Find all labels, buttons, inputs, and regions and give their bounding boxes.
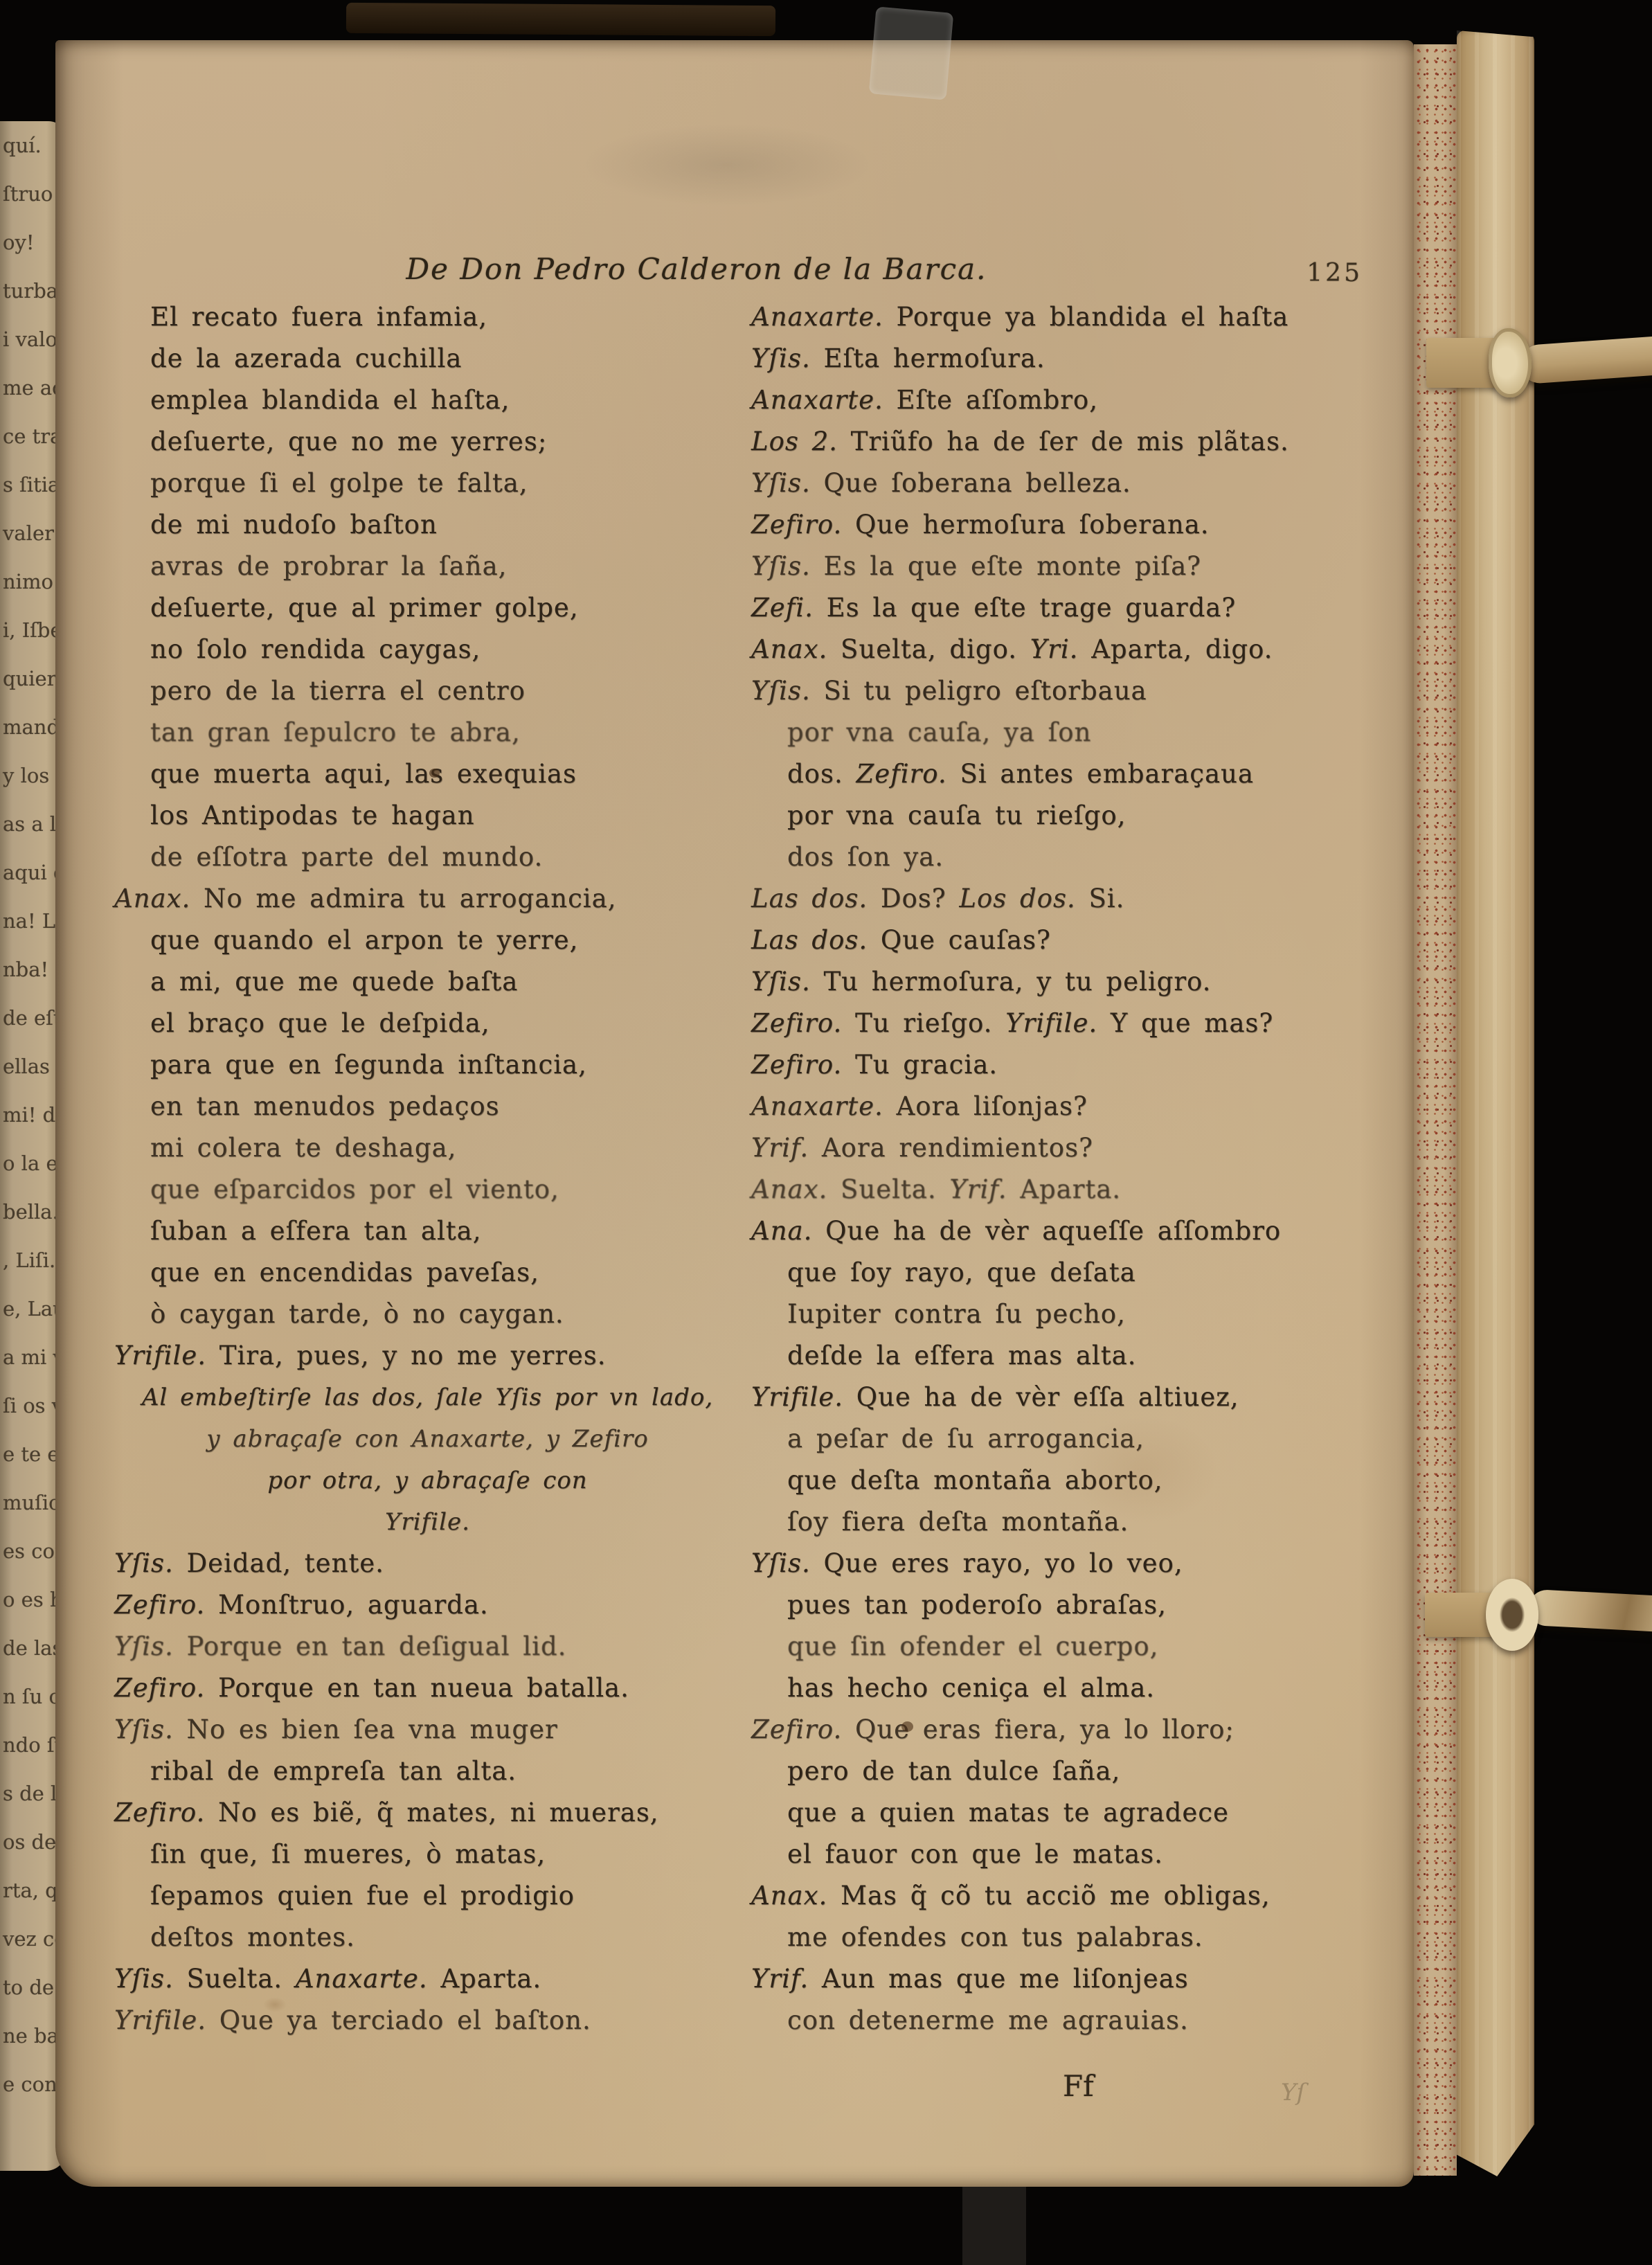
speaker-name: Yrif. <box>751 1133 809 1163</box>
verse-text: pues tan poderoſo abraſas, <box>787 1590 1167 1620</box>
verse-text: Suelta, digo. <box>827 634 1030 664</box>
verse-text: Si antes embaraçaua <box>947 759 1254 789</box>
verse-text: has hecho ceniça el alma. <box>787 1673 1155 1703</box>
leather-tie-top-strap <box>1519 336 1652 385</box>
speaker-name: Zefiro. <box>751 1008 842 1038</box>
verse-text: en tan menudos pedaços <box>150 1091 500 1121</box>
verse-line: por vna cauſa, ya ſon <box>751 712 1409 753</box>
verse-text: Si tu peligro eſtorbaua <box>811 676 1147 706</box>
verse-line: emplea blandida el haſta, <box>114 379 741 421</box>
verse-line: no ſolo rendida caygas, <box>114 629 741 670</box>
verse-text: Que cauſas? <box>868 925 1051 955</box>
speaker-name: Yrifile. <box>751 1382 843 1412</box>
verse-line: pero de tan dulce ſaña, <box>751 1751 1409 1792</box>
verse-line: Ana. Que ha de vèr aqueſſe aſſombro <box>751 1210 1409 1252</box>
verse-text: de eſſotra parte del mundo. <box>150 842 543 872</box>
speaker-name: Yſis. <box>751 676 811 706</box>
verse-line: Anax. No me admira tu arrogancia, <box>114 878 741 920</box>
verse-text: pero de la tierra el centro <box>150 676 526 706</box>
speaker-name: Anaxarte. <box>296 1964 428 1994</box>
verse-line: Yſis. Eſta hermoſura. <box>751 338 1409 379</box>
leather-tie-bottom-knot <box>1486 1579 1538 1651</box>
verse-text: Si. <box>1076 884 1125 913</box>
verse-text: ſoy fiera deſta montaña. <box>787 1507 1129 1537</box>
speaker-name: Zefiro. <box>751 1050 842 1080</box>
verse-text: Deidad, tente. <box>174 1548 384 1578</box>
speaker-name: Yſis. <box>114 1715 174 1744</box>
verse-text: para que en ſegunda inſtancia, <box>150 1050 587 1080</box>
verse-line: deſuerte, que no me yerres; <box>114 421 741 463</box>
verse-text: Eſte aſſombro, <box>883 385 1098 415</box>
verse-line: por vna cauſa tu rieſgo, <box>751 795 1409 836</box>
verse-line: pero de la tierra el centro <box>114 670 741 712</box>
verse-text: Triũfo ha de ſer de mis plãtas. <box>838 427 1289 456</box>
verse-text: no ſolo rendida caygas, <box>150 634 481 664</box>
verse-line: ribal de empreſa tan alta. <box>114 1751 741 1792</box>
speaker-name: Las dos. <box>751 884 868 913</box>
verse-line: a mi, que me quede baſta <box>114 961 741 1003</box>
verse-line: que muerta aqui, las exequias <box>114 753 741 795</box>
verse-text: pero de tan dulce ſaña, <box>787 1756 1120 1786</box>
verse-line: deſde la eſfera mas alta. <box>751 1335 1409 1377</box>
verse-text: No es biẽ, q̃ mates, ni mueras, <box>205 1798 658 1827</box>
speaker-name: Yrifile. <box>114 2005 206 2035</box>
speaker-name: Zefiro. <box>114 1673 205 1703</box>
speaker-name: Zefi. <box>751 593 814 623</box>
verse-text: No me admira tu arrogancia, <box>190 884 616 913</box>
verse-line: Anax. Suelta, digo. Yri. Aparta, digo. <box>751 629 1409 670</box>
speaker-name: Zefiro. <box>751 1715 842 1744</box>
verse-line: Zefiro. Que hermoſura ſoberana. <box>751 504 1409 546</box>
leather-tie-top-knot <box>1489 328 1532 397</box>
verse-text: Dos? <box>868 884 959 913</box>
verse-text: Aora liſonjas? <box>883 1091 1088 1121</box>
speaker-name: Zefiro. <box>856 759 946 789</box>
verse-text: mi colera te deshaga, <box>150 1133 456 1163</box>
ink-stain <box>429 769 440 778</box>
verse-text: Que eres rayo, yo lo veo, <box>811 1548 1183 1578</box>
speaker-name: Yſis. <box>751 343 811 373</box>
speaker-name: Los dos. <box>959 884 1075 913</box>
speaker-name: Anaxarte. <box>751 1091 883 1121</box>
verse-text: Aparta. <box>1007 1174 1121 1204</box>
verse-text: Que ſoberana belleza. <box>811 468 1131 498</box>
verse-text: Tira, pues, y no me yerres. <box>206 1341 607 1370</box>
verse-text: que muerta aqui, las exequias <box>150 759 577 789</box>
verse-text: Porque en tan deſigual lid. <box>174 1631 567 1661</box>
speaker-name: Yri. <box>1030 634 1079 664</box>
verse-line: Yſis. No es bien ſea vna muger <box>114 1709 741 1751</box>
speaker-name: Al embeſtirſe las dos, ſale Yſis por vn … <box>142 1384 713 1411</box>
verse-text: el fauor con que le matas. <box>787 1839 1163 1869</box>
verse-line: Yrifile. Que ya terciado el baſton. <box>114 2000 741 2041</box>
speaker-name: Ana. <box>751 1216 812 1246</box>
verse-text: tan gran ſepulcro te abra, <box>150 717 521 747</box>
speaker-name: Los 2. <box>751 427 838 456</box>
verse-text: que a quien matas te agradece <box>787 1798 1229 1827</box>
speaker-name: Yrifile. <box>114 1341 206 1370</box>
speaker-name: Yſis. <box>751 967 811 996</box>
speaker-name: Yſis. <box>751 551 811 581</box>
speaker-name: Zefiro. <box>114 1798 205 1827</box>
verse-text: que ſin ofender el cuerpo, <box>787 1631 1158 1661</box>
verse-line: Yſis. Tu hermoſura, y tu peligro. <box>751 961 1409 1003</box>
verse-text: dos ſon ya. <box>787 842 944 872</box>
speaker-name: Anax. <box>751 1881 827 1910</box>
stage-direction-line: por otra, y abraçaſe con <box>114 1460 741 1501</box>
speaker-name: Yſis. <box>114 1631 174 1661</box>
verse-text: Suelta. <box>827 1174 949 1204</box>
verse-text: Que eras fiera, ya lo lloro; <box>842 1715 1234 1744</box>
verse-line: ſin que, ſi mueres, ò matas, <box>114 1834 741 1875</box>
verse-text: por vna cauſa tu rieſgo, <box>787 800 1126 830</box>
speaker-name: Yſis. <box>751 468 811 498</box>
verse-text: El recato fuera infamia, <box>150 302 487 332</box>
verse-line: Yſis. Es la que eſte monte piſa? <box>751 546 1409 587</box>
verse-line: Yſis. Suelta. Anaxarte. Aparta. <box>114 1958 741 2000</box>
verse-line: Yrif. Aora rendimientos? <box>751 1127 1409 1169</box>
verse-line: con detenerme me agrauias. <box>751 2000 1409 2041</box>
verse-line: que ſoy rayo, que deſata <box>751 1252 1409 1293</box>
verse-text: deſuerte, que al primer golpe, <box>150 593 579 623</box>
verse-line: deſuerte, que al primer golpe, <box>114 587 741 629</box>
verse-line: el fauor con que le matas. <box>751 1834 1409 1875</box>
verse-text: ò caygan tarde, ò no caygan. <box>150 1299 564 1329</box>
left-text-column: El recato fuera infamia,de la azerada cu… <box>114 296 741 2041</box>
leather-tie-bottom-strap <box>1528 1589 1652 1632</box>
verse-line: Yſis. Si tu peligro eſtorbaua <box>751 670 1409 712</box>
verse-line: me ofendes con tus palabras. <box>751 1917 1409 1958</box>
verse-line: tan gran ſepulcro te abra, <box>114 712 741 753</box>
verse-line: Yſis. Que eres rayo, yo lo veo, <box>751 1543 1409 1584</box>
verse-line: mi colera te deshaga, <box>114 1127 741 1169</box>
stage-direction-line: Al embeſtirſe las dos, ſale Yſis por vn … <box>114 1377 741 1418</box>
verse-text: avras de probrar la ſaña, <box>150 551 507 581</box>
verse-line: Zefiro. Tu rieſgo. Yrifile. Y que mas? <box>751 1003 1409 1044</box>
paper-stain <box>263 1997 287 2012</box>
table-edge-sliver <box>346 3 775 36</box>
verse-line: dos. Zefiro. Si antes embaraçaua <box>751 753 1409 795</box>
verse-line: Las dos. Que cauſas? <box>751 920 1409 961</box>
verse-line: porque ſi el golpe te falta, <box>114 463 741 504</box>
verse-line: dos ſon ya. <box>751 836 1409 878</box>
speaker-name: Anax. <box>114 884 190 913</box>
verse-line: has hecho ceniça el alma. <box>751 1667 1409 1709</box>
speaker-name: Yſis. <box>114 1548 174 1578</box>
right-text-column: Anaxarte. Porque ya blandida el haſtaYſi… <box>751 296 1409 2041</box>
speaker-name: Yrifile. <box>1005 1008 1097 1038</box>
speaker-name: Yrifile. <box>385 1508 470 1536</box>
verse-line: ſepamos quien fue el prodigio <box>114 1875 741 1917</box>
verse-line: Zefiro. Que eras fiera, ya lo lloro; <box>751 1709 1409 1751</box>
verse-line: ſuban a eſfera tan alta, <box>114 1210 741 1252</box>
page-number: 125 <box>1307 259 1363 287</box>
catchword-faint: Yſ <box>1281 2079 1305 2106</box>
speaker-name: Las dos. <box>751 925 868 955</box>
verse-line: Zefiro. Porque en tan nueua batalla. <box>114 1667 741 1709</box>
verse-line: Anaxarte. Eſte aſſombro, <box>751 379 1409 421</box>
verse-text: Eſta hermoſura. <box>811 343 1045 373</box>
verse-line: Los 2. Triũfo ha de ſer de mis plãtas. <box>751 421 1409 463</box>
verse-text: deſde la eſfera mas alta. <box>787 1341 1136 1370</box>
bottom-support-strap <box>962 2176 1026 2265</box>
verse-line: los Antipodas te hagan <box>114 795 741 836</box>
verse-text: Aparta, digo. <box>1078 634 1273 664</box>
verse-line: de eſſotra parte del mundo. <box>114 836 741 878</box>
verse-text: que quando el arpon te yerre, <box>150 925 578 955</box>
verse-text: Monſtruo, aguarda. <box>205 1590 488 1620</box>
verse-text: de mi nudoſo baſton <box>150 510 438 539</box>
verse-text: Que ya terciado el baſton. <box>206 2005 591 2035</box>
verse-text: por vna cauſa, ya ſon <box>787 717 1091 747</box>
transparent-holder-tab <box>869 6 954 100</box>
verse-text: Aparta. <box>428 1964 542 1994</box>
speaker-name: Anaxarte. <box>751 302 883 332</box>
signature-mark: Ff <box>1063 2069 1094 2103</box>
verse-line: Anax. Mas q̃ cõ tu acciõ me obligas, <box>751 1875 1409 1917</box>
verse-text: me ofendes con tus palabras. <box>787 1922 1203 1952</box>
stage-direction-line: Yrifile. <box>114 1501 741 1543</box>
verse-line: Zefiro. Monſtruo, aguarda. <box>114 1584 741 1626</box>
speaker-name: Zefiro. <box>751 510 842 539</box>
verse-text: de la azerada cuchilla <box>150 343 462 373</box>
paper-stain <box>1059 1411 1225 1529</box>
verse-line: que quando el arpon te yerre, <box>114 920 741 961</box>
verse-text: Porque en tan nueua batalla. <box>205 1673 629 1703</box>
verse-line: Anax. Suelta. Yrif. Aparta. <box>751 1169 1409 1210</box>
verse-text: Es la que eſte monte piſa? <box>811 551 1201 581</box>
speaker-name: por otra, y abraçaſe con <box>267 1467 587 1494</box>
verse-text: Que ha de vèr eſſa altiuez, <box>843 1382 1239 1412</box>
verse-text: los Antipodas te hagan <box>150 800 475 830</box>
verse-text: porque ſi el golpe te falta, <box>150 468 528 498</box>
verse-line: Yſis. Porque en tan deſigual lid. <box>114 1626 741 1667</box>
verse-line: Zefiro. Tu gracia. <box>751 1044 1409 1086</box>
verse-text: Suelta. <box>174 1964 296 1994</box>
verse-text: deſtos montes. <box>150 1922 355 1952</box>
verse-text: dos. <box>787 759 856 789</box>
speaker-name: Anax. <box>751 1174 827 1204</box>
verse-text: que ſoy rayo, que deſata <box>787 1257 1136 1287</box>
verse-text: ſuban a eſfera tan alta, <box>150 1216 481 1246</box>
verse-text: Tu gracia. <box>842 1050 998 1080</box>
verse-line: en tan menudos pedaços <box>114 1086 741 1127</box>
verse-text: Que hermoſura ſoberana. <box>842 510 1209 539</box>
running-title: De Don Pedro Calderon de la Barca. <box>17 252 1376 286</box>
verse-line: que ſin ofender el cuerpo, <box>751 1626 1409 1667</box>
verse-line: El recato fuera infamia, <box>114 296 741 338</box>
photo-background: quí.ſtruo veoy!turbada!i valorme acoce t… <box>0 0 1652 2265</box>
verse-line: Zefi. Es la que eſte trage guarda? <box>751 587 1409 629</box>
book-page: De Don Pedro Calderon de la Barca. 125 E… <box>55 40 1414 2187</box>
verse-line: que eſparcidos por el viento, <box>114 1169 741 1210</box>
verse-text: que en encendidas paveſas, <box>150 1257 539 1287</box>
verse-text: Porque ya blandida el haſta <box>883 302 1289 332</box>
verse-line: Anaxarte. Aora liſonjas? <box>751 1086 1409 1127</box>
verse-line: pues tan poderoſo abraſas, <box>751 1584 1409 1626</box>
verse-line: deſtos montes. <box>114 1917 741 1958</box>
verse-line: Yſis. Deidad, tente. <box>114 1543 741 1584</box>
verse-text: el braço que le deſpida, <box>150 1008 490 1038</box>
verse-line: el braço que le deſpida, <box>114 1003 741 1044</box>
verse-text: ribal de empreſa tan alta. <box>150 1756 517 1786</box>
verse-line: para que en ſegunda inſtancia, <box>114 1044 741 1086</box>
verse-text: ſin que, ſi mueres, ò matas, <box>150 1839 546 1869</box>
verse-line: de mi nudoſo baſton <box>114 504 741 546</box>
verse-text: Tu rieſgo. <box>842 1008 1005 1038</box>
verse-text: Mas q̃ cõ tu acciõ me obligas, <box>827 1881 1270 1910</box>
speaker-name: Yſis. <box>114 1964 174 1994</box>
verse-line: de la azerada cuchilla <box>114 338 741 379</box>
verse-line: Yſis. Que ſoberana belleza. <box>751 463 1409 504</box>
verse-text: deſuerte, que no me yerres; <box>150 427 547 456</box>
leather-tie-top-slot <box>1426 338 1498 388</box>
verse-text: Que ha de vèr aqueſſe aſſombro <box>812 1216 1281 1246</box>
speaker-name: Anaxarte. <box>751 385 883 415</box>
verse-line: que en encendidas paveſas, <box>114 1252 741 1293</box>
speaker-name: Anax. <box>751 634 827 664</box>
verse-text: que eſparcidos por el viento, <box>150 1174 559 1204</box>
verse-line: Yrifile. Que ha de vèr eſſa altiuez, <box>751 1377 1409 1418</box>
speaker-name: Yſis. <box>751 1548 811 1578</box>
verse-text: Y que mas? <box>1097 1008 1273 1038</box>
verse-text: Es la que eſte trage guarda? <box>814 593 1236 623</box>
verse-text: emplea blandida el haſta, <box>150 385 510 415</box>
ink-stain <box>901 1721 913 1732</box>
verse-text: No es bien ſea vna muger <box>174 1715 558 1744</box>
verse-line: Yrifile. Tira, pues, y no me yerres. <box>114 1335 741 1377</box>
verse-line: Iupiter contra ſu pecho, <box>751 1293 1409 1335</box>
verse-text: con detenerme me agrauias. <box>787 2005 1189 2035</box>
verse-text: ſepamos quien fue el prodigio <box>150 1881 575 1910</box>
verse-text: a mi, que me quede baſta <box>150 967 518 996</box>
show-through-smudge <box>582 123 872 206</box>
verse-line: Las dos. Dos? Los dos. Si. <box>751 878 1409 920</box>
verse-text: Aora rendimientos? <box>809 1133 1093 1163</box>
speaker-name: Yrif. <box>949 1174 1007 1204</box>
verse-line: Yrif. Aun mas que me liſonjeas <box>751 1958 1409 2000</box>
verse-text: Aun mas que me liſonjeas <box>809 1964 1189 1994</box>
verse-line: que a quien matas te agradece <box>751 1792 1409 1834</box>
speaker-name: Yrif. <box>751 1964 809 1994</box>
verse-line: Anaxarte. Porque ya blandida el haſta <box>751 296 1409 338</box>
verse-line: avras de probrar la ſaña, <box>114 546 741 587</box>
speaker-name: y abraçaſe con Anaxarte, y Zefiro <box>206 1425 648 1453</box>
verse-line: Zefiro. No es biẽ, q̃ mates, ni mueras, <box>114 1792 741 1834</box>
stage-direction-line: y abraçaſe con Anaxarte, y Zefiro <box>114 1418 741 1460</box>
speaker-name: Zefiro. <box>114 1590 205 1620</box>
verse-line: ò caygan tarde, ò no caygan. <box>114 1293 741 1335</box>
verse-text: Iupiter contra ſu pecho, <box>787 1299 1126 1329</box>
verse-text: Tu hermoſura, y tu peligro. <box>811 967 1212 996</box>
